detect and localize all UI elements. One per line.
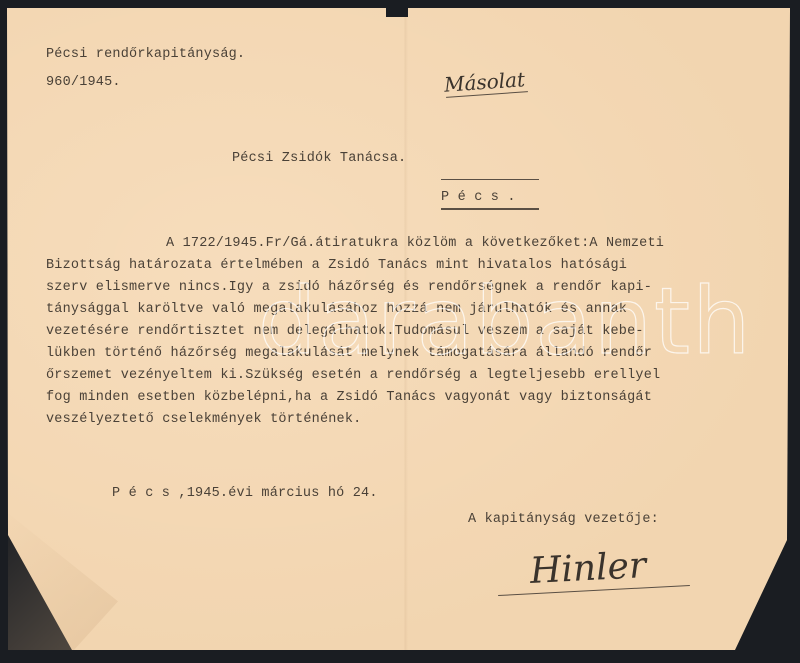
body-line: lükben történő házőrség megalakulását me… bbox=[46, 346, 652, 361]
addressee-divider bbox=[441, 179, 539, 180]
body-line: őrszemet vezényeltem ki.Szükség esetén a… bbox=[46, 368, 660, 383]
signature: Hinler bbox=[529, 545, 647, 592]
city-underline bbox=[441, 208, 539, 210]
body-line: tánysággal karöltve való megalakulásához… bbox=[46, 302, 627, 317]
date-line: P é c s ,1945.évi március hó 24. bbox=[112, 486, 378, 501]
addressee-name: Pécsi Zsidók Tanácsa. bbox=[232, 151, 406, 166]
body-line: veszélyeztető cselekmények történének. bbox=[46, 412, 361, 427]
issuer-heading: Pécsi rendőrkapitányság. bbox=[46, 47, 245, 62]
body-line: vezetésére rendőrtisztet nem delegálhato… bbox=[46, 324, 644, 339]
reference-number: 960/1945. bbox=[46, 75, 121, 90]
addressee-city: P é c s . bbox=[441, 190, 516, 205]
body-line: A 1722/1945.Fr/Gá.átiratukra közlöm a kö… bbox=[166, 236, 664, 251]
signature-title: A kapitányság vezetője: bbox=[468, 512, 659, 527]
body-line: szerv elismerve nincs.Igy a zsidó házőrs… bbox=[46, 280, 652, 295]
body-line: Bizottság határozata értelmében a Zsidó … bbox=[46, 258, 627, 273]
body-line: fog minden esetben közbelépni,ha a Zsidó… bbox=[46, 390, 652, 405]
